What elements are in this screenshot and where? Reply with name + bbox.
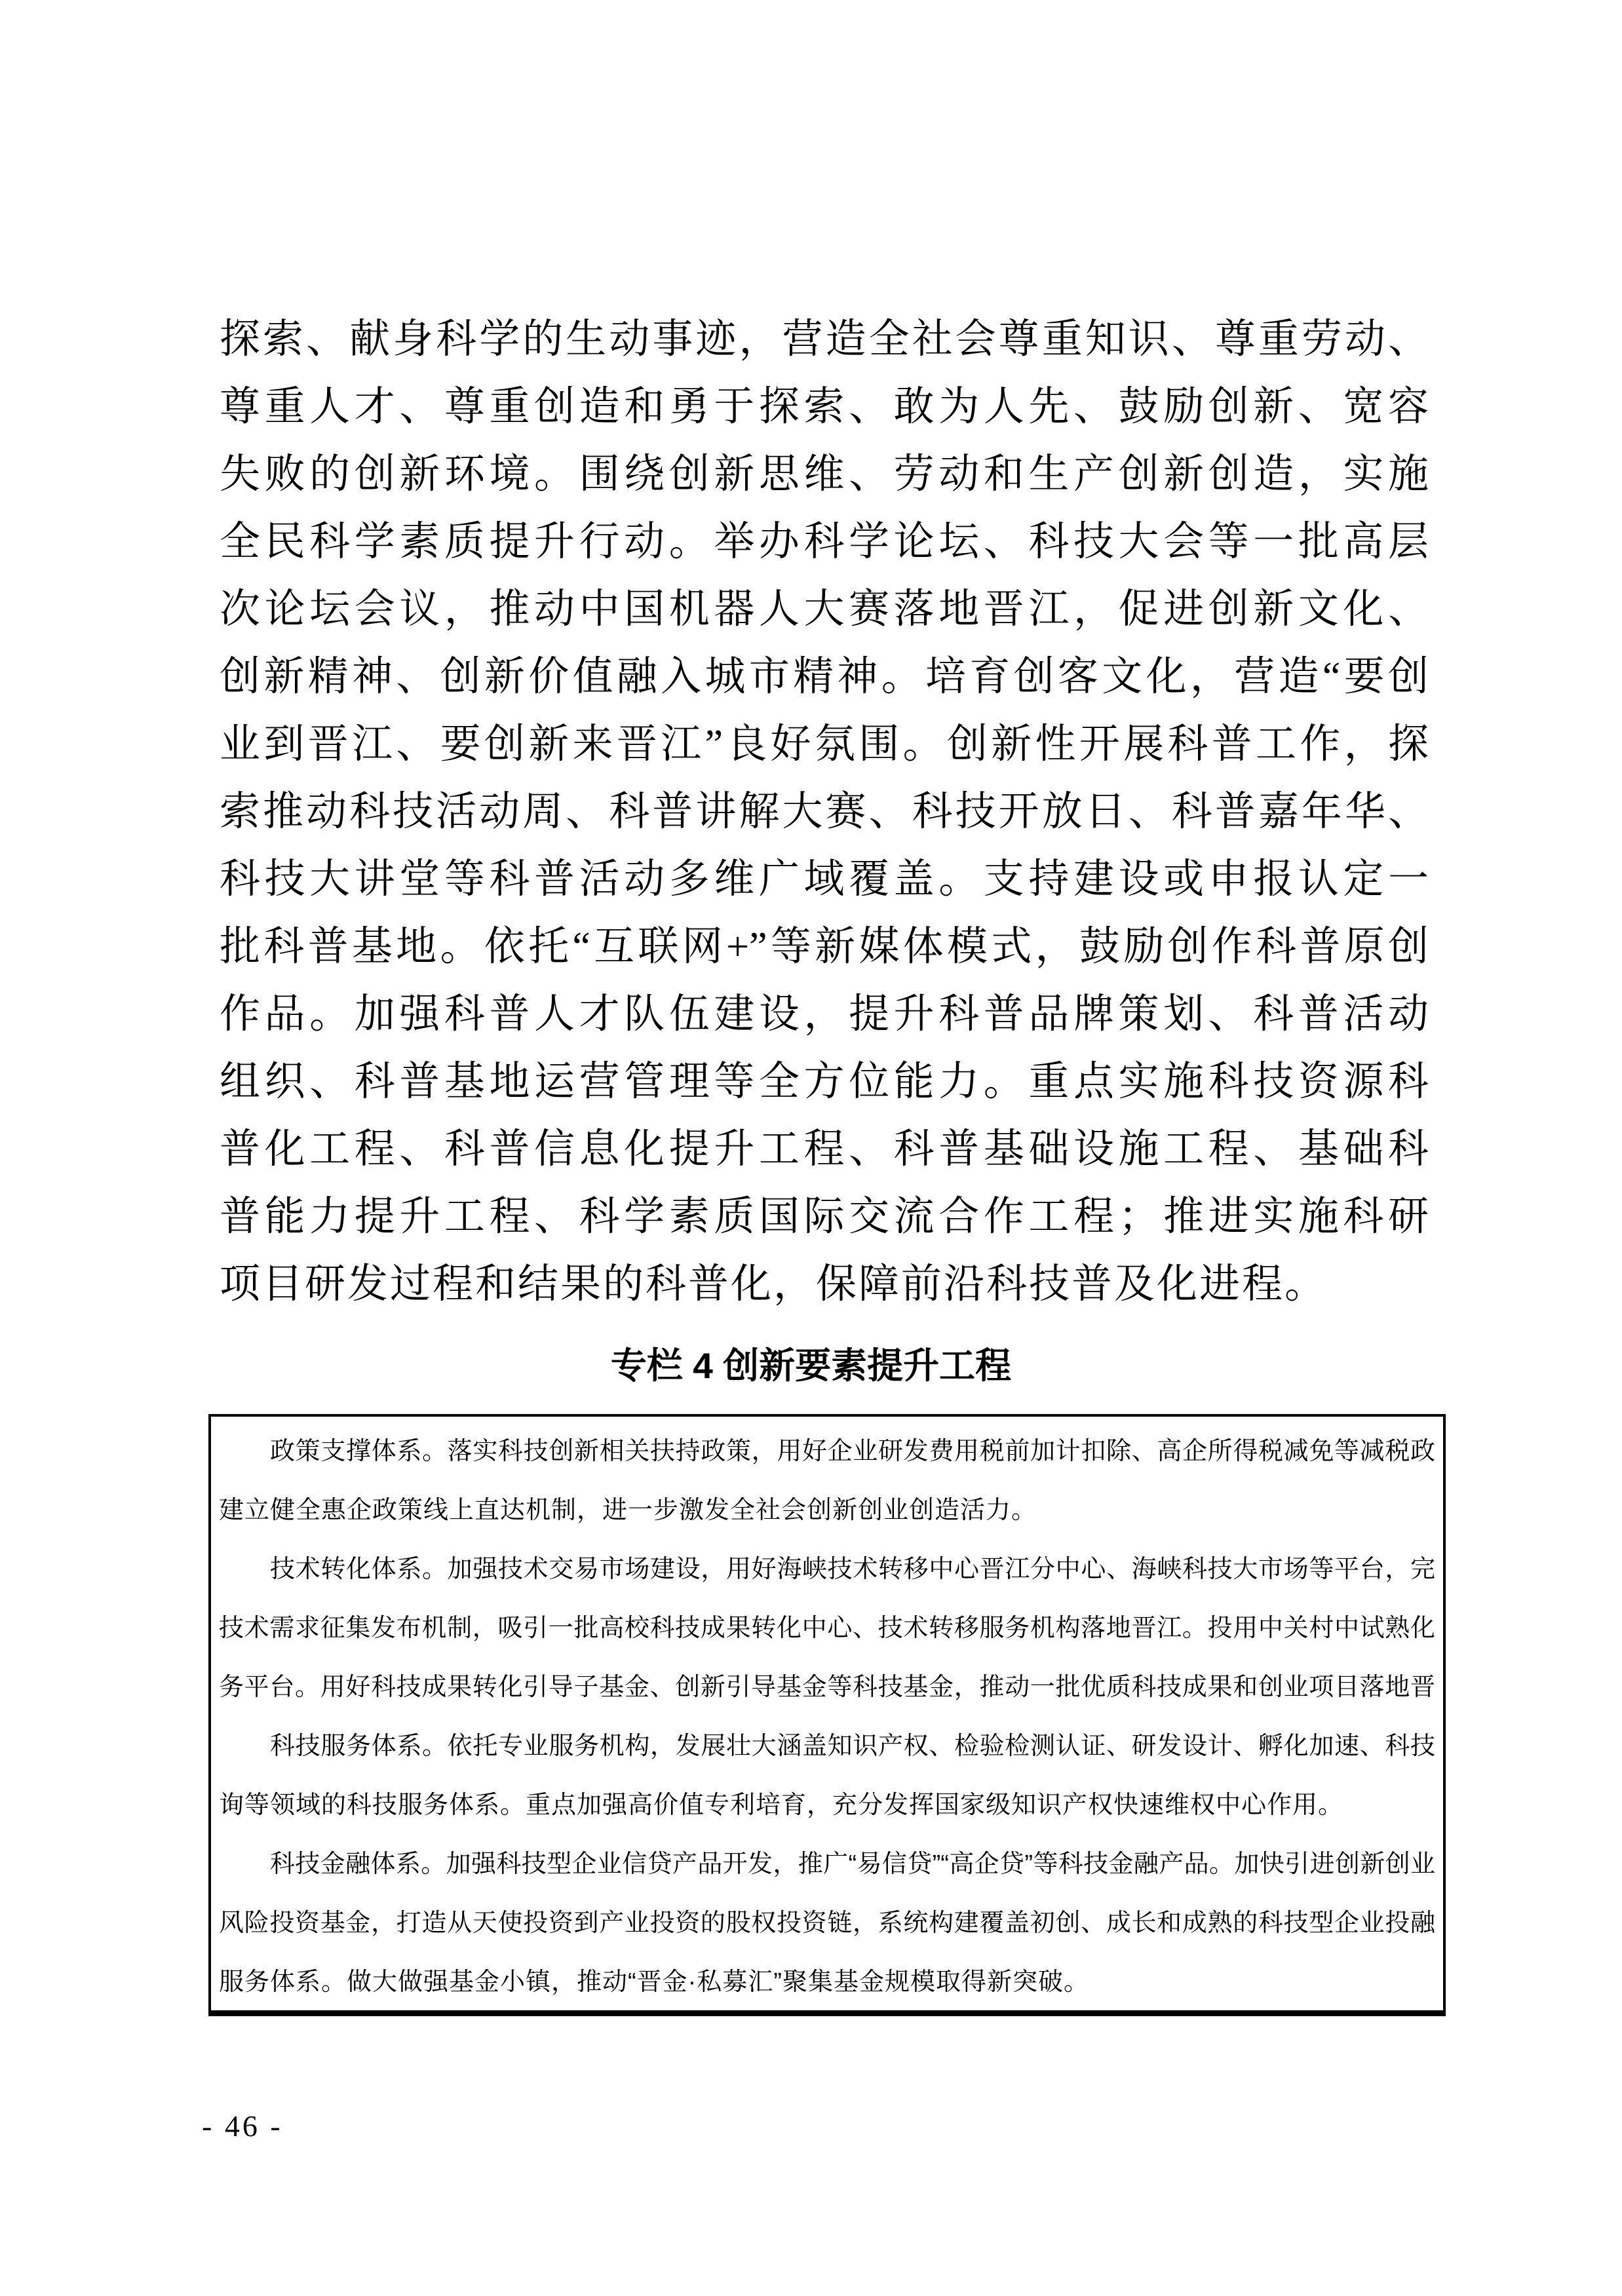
body-line: 普能力提升工程、科学素质国际交流合作工程；推进实施科研 [220,1183,1429,1251]
body-line: 科技大讲堂等科普活动多维广域覆盖。支持建设或申报认定一 [220,846,1429,913]
body-line: 全民科学素质提升行动。举办科学论坛、科技大会等一批高层 [220,508,1429,576]
body-line: 次论坛会议，推动中国机器人大赛落地晋江，促进创新文化、 [220,576,1429,643]
panel-box: 政策支撑体系。落实科技创新相关扶持政策，用好企业研发费用税前加计扣除、高企所得税… [208,1414,1446,2016]
panel-line: 科技服务体系。依托专业服务机构，发展壮大涵盖知识产权、检验检测认证、研发设计、孵… [219,1717,1435,1776]
body-line: 业到晋江、要创新来晋江”良好氛围。创新性开展科普工作，探 [220,711,1429,778]
body-line: 探索、献身科学的生动事迹，营造全社会尊重知识、尊重劳动、 [220,306,1429,373]
panel-line: 政策支撑体系。落实科技创新相关扶持政策，用好企业研发费用税前加计扣除、高企所得税… [219,1422,1435,1481]
body-line: 作品。加强科普人才队伍建设，提升科普品牌策划、科普活动 [220,981,1429,1048]
panel-line: 询等领域的科技服务体系。重点加强高价值专利培育，充分发挥国家级知识产权快速维权中… [219,1776,1435,1835]
body-line: 项目研发过程和结果的科普化，保障前沿科技普及化进程。 [220,1251,1429,1318]
body-line: 组织、科普基地运营管理等全方位能力。重点实施科技资源科 [220,1048,1429,1116]
page-number: - 46 - [202,2109,283,2144]
panel-line: 技术转化体系。加强技术交易市场建设，用好海峡技术转移中心晋江分中心、海峡科技大市… [219,1540,1435,1599]
panel-line: 建立健全惠企政策线上直达机制，进一步激发全社会创新创业创造活力。 [219,1481,1435,1540]
panel-line: 务平台。用好科技成果转化引导子基金、创新引导基金等科技基金，推动一批优质科技成果… [219,1658,1435,1717]
panel-line: 服务体系。做大做强基金小镇，推动“晋金·私募汇”聚集基金规模取得新突破。 [219,1953,1435,2012]
document-page: 探索、献身科学的生动事迹，营造全社会尊重知识、尊重劳动、 尊重人才、尊重创造和勇… [0,0,1622,2296]
body-line: 索推动科技活动周、科普讲解大赛、科技开放日、科普嘉年华、 [220,778,1429,846]
body-text-block: 探索、献身科学的生动事迹，营造全社会尊重知识、尊重劳动、 尊重人才、尊重创造和勇… [220,306,1429,1318]
panel-line: 风险投资基金，打造从天使投资到产业投资的股权投资链，系统构建覆盖初创、成长和成熟… [219,1894,1435,1953]
panel-title: 专栏 4 创新要素提升工程 [0,1345,1622,1387]
body-line: 批科普基地。依托“互联网+”等新媒体模式，鼓励创作科普原创 [220,913,1429,981]
body-line: 普化工程、科普信息化提升工程、科普基础设施工程、基础科 [220,1116,1429,1183]
panel-line: 科技金融体系。加强科技型企业信贷产品开发，推广“易信贷”“高企贷”等科技金融产品… [219,1835,1435,1894]
body-line: 创新精神、创新价值融入城市精神。培育创客文化，营造“要创 [220,643,1429,711]
panel-line: 技术需求征集发布机制，吸引一批高校科技成果转化中心、技术转移服务机构落地晋江。投… [219,1599,1435,1658]
body-line: 失败的创新环境。围绕创新思维、劳动和生产创新创造，实施 [220,441,1429,508]
body-line: 尊重人才、尊重创造和勇于探索、敢为人先、鼓励创新、宽容 [220,373,1429,441]
